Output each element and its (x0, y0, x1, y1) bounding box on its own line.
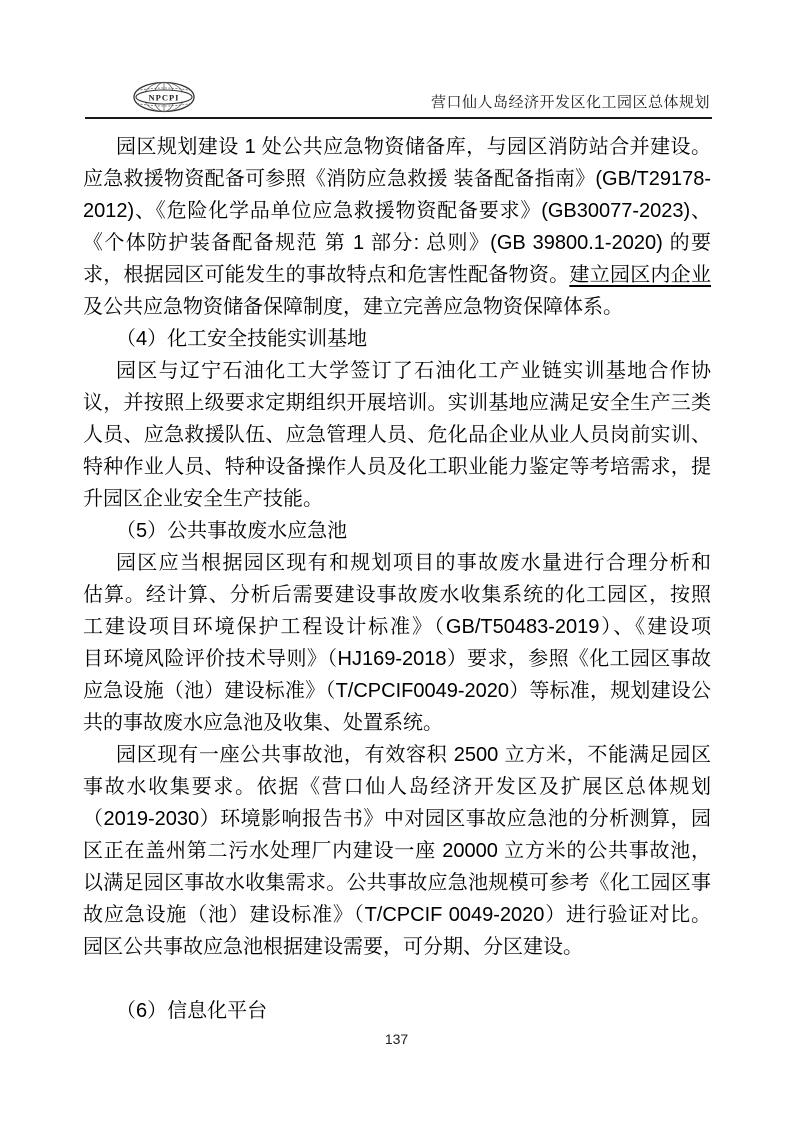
section-heading-5: （5）公共事故废水应急池 (83, 515, 711, 547)
section-heading-4: （4）化工安全技能实训基地 (83, 323, 711, 355)
text-line: （2019-2030）环境影响报告书》中对园区事故应急池的分析测算，园 (83, 803, 711, 835)
text-line: 区正在盖州第二污水处理厂内建设一座 20000 立方米的公共事故池， (83, 835, 711, 867)
text-line: 园区规划建设 1 处公共应急物资储备库，与园区消防站合并建设。 (83, 131, 711, 163)
text-line: 园区与辽宁石油化工大学签订了石油化工产业链实训基地合作协 (83, 355, 711, 387)
text-line: 目环境风险评价技术导则》（HJ169-2018）要求，参照《化工园区事故 (83, 643, 711, 675)
text-line: 园区现有一座公共事故池，有效容积 2500 立方米，不能满足园区 (83, 739, 711, 771)
logo-text: NPCPI (149, 93, 180, 103)
document-body: 园区规划建设 1 处公共应急物资储备库，与园区消防站合并建设。 应急救援物资配备… (83, 131, 711, 1027)
document-page: NPCPI 营口仙人岛经济开发区化工园区总体规划 园区规划建设 1 处公共应急物… (0, 0, 793, 1122)
text-line: 故应急设施（池）建设标准》（T/CPCIF 0049-2020）进行验证对比。 (83, 899, 711, 931)
npcpi-globe-logo-icon: NPCPI (131, 76, 197, 120)
text-line: 共的事故废水应急池及收集、处置系统。 (83, 707, 711, 739)
underlined-text-run: 建立园区内企业 (569, 264, 711, 286)
text-line: 特种作业人员、特种设备操作人员及化工职业能力鉴定等考培需求，提 (83, 451, 711, 483)
text-line: 工建设项目环境保护工程设计标准》（GB/T50483-2019）、《建设项 (83, 611, 711, 643)
text-line: 事故水收集要求。依据《营口仙人岛经济开发区及扩展区总体规划 (83, 771, 711, 803)
text-line: 议，并按照上级要求定期组织开展培训。实训基地应满足安全生产三类 (83, 387, 711, 419)
text-run: 求，根据园区可能发生的事故特点和危害性配备物资。 (83, 264, 569, 286)
text-line: 及公共应急物资储备保障制度，建立完善应急物资保障体系。 (83, 291, 711, 323)
section-heading-6: （6）信息化平台 (83, 995, 711, 1027)
text-line: 应急设施（池）建设标准》（T/CPCIF0049-2020）等标准，规划建设公 (83, 675, 711, 707)
text-line: 2012)、《危险化学品单位应急救援物资配备要求》(GB30077-2023)、 (83, 195, 711, 227)
text-line: 园区公共事故应急池根据建设需要，可分期、分区建设。 (83, 931, 711, 963)
text-line: 以满足园区事故水收集需求。公共事故应急池规模可参考《化工园区事 (83, 867, 711, 899)
header-divider-rule (85, 117, 712, 119)
text-line: 园区应当根据园区现有和规划项目的事故废水量进行合理分析和 (83, 547, 711, 579)
text-line: 人员、应急救援队伍、应急管理人员、危化品企业从业人员岗前实训、 (83, 419, 711, 451)
text-line: 应急救援物资配备可参照《消防应急救援 装备配备指南》(GB/T29178- (83, 163, 711, 195)
text-line: 《个体防护装备配备规范 第 1 部分: 总则》(GB 39800.1-2020)… (83, 227, 711, 259)
text-line: 升园区企业安全生产技能。 (83, 483, 711, 515)
document-header-title: 营口仙人岛经济开发区化工园区总体规划 (431, 91, 710, 112)
text-line: 估算。经计算、分析后需要建设事故废水收集系统的化工园区，按照《化 (83, 579, 711, 611)
text-line: 求，根据园区可能发生的事故特点和危害性配备物资。建立园区内企业 (83, 259, 711, 291)
page-number: 137 (0, 1031, 793, 1047)
